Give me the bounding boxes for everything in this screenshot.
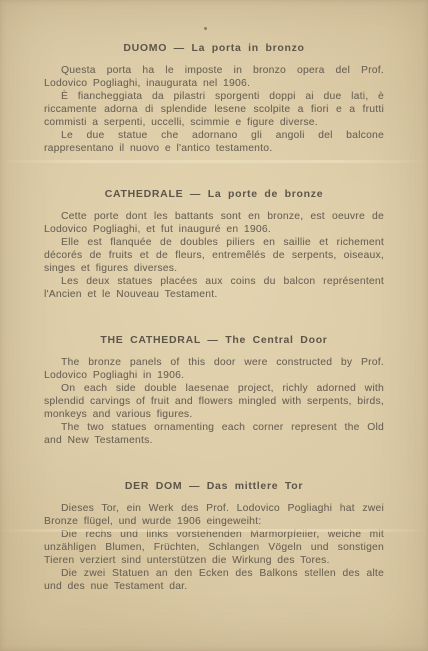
section-english-paragraph: On each side double laesenae project, ri…: [44, 382, 384, 421]
paper-speck: [204, 27, 207, 30]
section-french-paragraph: Cette porte dont les battants sont en br…: [44, 210, 384, 236]
section-french-paragraph: Elle est flanquée de doubles piliers en …: [44, 236, 384, 275]
paper-streak: [0, 160, 428, 163]
section-english-paragraph: The bronze panels of this door were cons…: [44, 356, 384, 382]
section-german-paragraph: Dieses Tor, ein Werk des Prof. Lodovico …: [44, 502, 384, 528]
section-german-paragraph: Die rechs und links vorstehenden Marmorp…: [44, 528, 384, 567]
section-french-paragraph: Les deux statues placées aux coins du ba…: [44, 275, 384, 301]
section-italian-paragraph: Questa porta ha le imposte in bronzo ope…: [44, 64, 384, 90]
section-french-heading: CATHEDRALE — La porte de bronze: [44, 188, 384, 201]
section-german-paragraph: Die zwei Statuen an den Ecken des Balkon…: [44, 567, 384, 593]
section-english-paragraph: The two statues ornamenting each corner …: [44, 421, 384, 447]
section-italian: DUOMO — La porta in bronzo Questa porta …: [44, 42, 384, 155]
section-english: THE CATHEDRAL — The Central Door The bro…: [44, 334, 384, 447]
section-german-heading: DER DOM — Das mittlere Tor: [44, 480, 384, 493]
section-english-heading: THE CATHEDRAL — The Central Door: [44, 334, 384, 347]
scanned-page: DUOMO — La porta in bronzo Questa porta …: [0, 0, 428, 651]
section-german: DER DOM — Das mittlere Tor Dieses Tor, e…: [44, 480, 384, 593]
section-italian-paragraph: Le due statue che adornano gli angoli de…: [44, 129, 384, 155]
section-italian-heading: DUOMO — La porta in bronzo: [44, 42, 384, 55]
section-italian-paragraph: È fiancheggiata da pilastri sporgenti do…: [44, 90, 384, 129]
section-french: CATHEDRALE — La porte de bronze Cette po…: [44, 188, 384, 301]
